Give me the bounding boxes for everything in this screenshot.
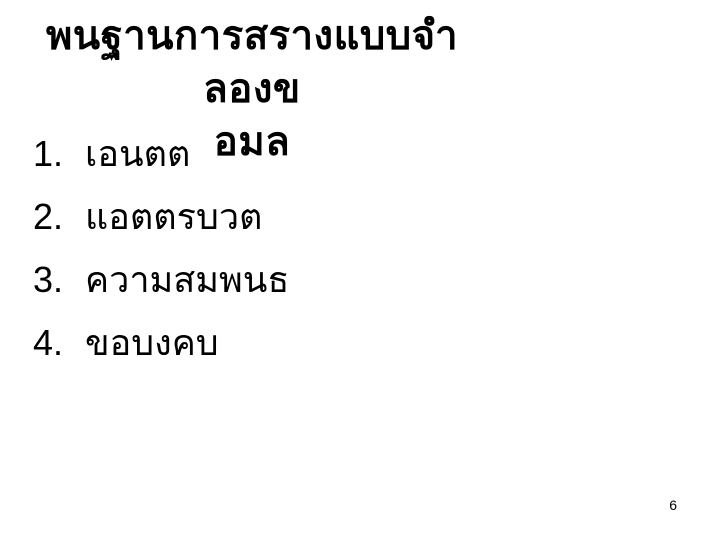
list-item-1: 1. เอนตต (33, 122, 289, 185)
list-item-4-number: 4. (33, 311, 63, 374)
numbered-list: 1. เอนตต 2. แอตตรบวต 3. ความสมพนธ 4. ขอบ… (33, 122, 289, 374)
list-item-1-number: 1. (33, 122, 63, 185)
list-item-3: 3. ความสมพนธ (33, 248, 289, 311)
list-item-2-number: 2. (33, 185, 63, 248)
list-item-2: 2. แอตตรบวต (33, 185, 289, 248)
slide: พนฐานการสรางแบบจำลองข อมล 1. เอนตต 2. แอ… (0, 0, 720, 540)
list-item-4: 4. ขอบงคบ (33, 311, 289, 374)
list-item-3-number: 3. (33, 248, 63, 311)
slide-title-line1: พนฐานการสรางแบบจำลองข (36, 10, 468, 116)
page-number: 6 (669, 498, 677, 512)
list-item-4-label: ขอบงคบ (85, 322, 219, 363)
list-item-3-label: ความสมพนธ (85, 259, 289, 300)
list-item-1-label: เอนตต (85, 133, 190, 174)
list-item-2-label: แอตตรบวต (85, 196, 262, 237)
